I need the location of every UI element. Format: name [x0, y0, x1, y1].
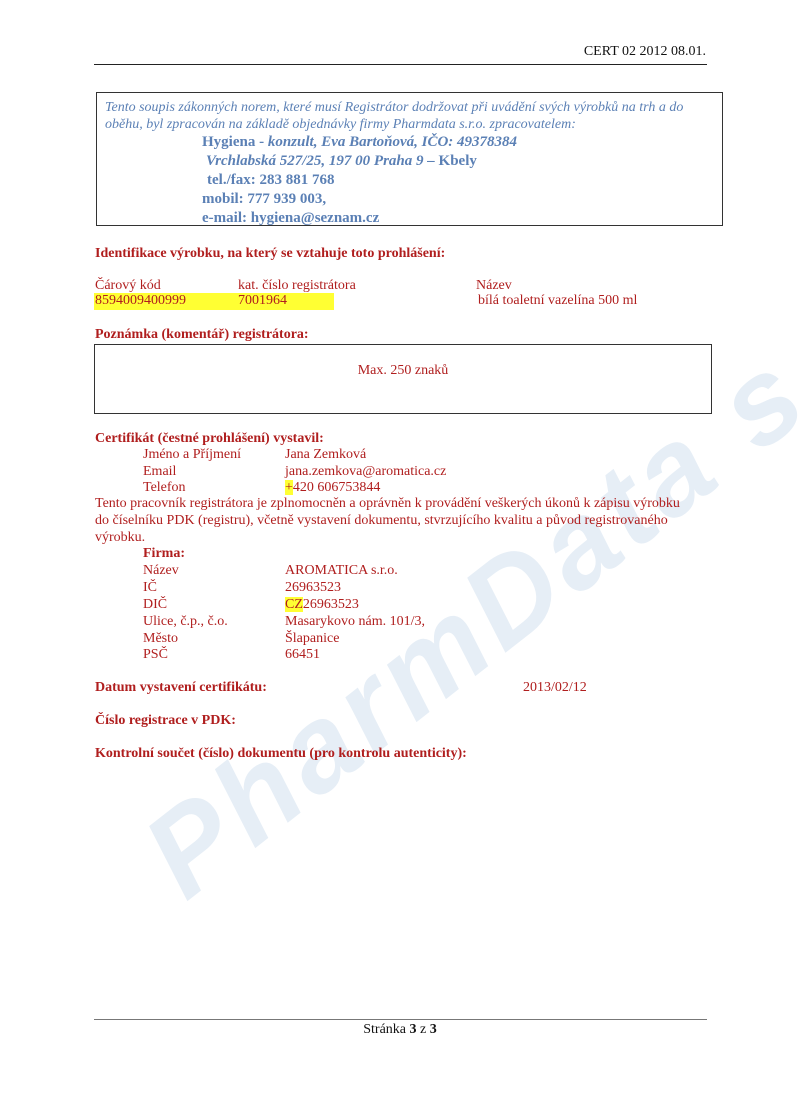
firm-name-label: Název — [143, 563, 179, 579]
authorization-text: Tento pracovník registrátora je zplnomoc… — [95, 495, 695, 546]
issuer-phone-label: Telefon — [143, 480, 186, 496]
firm-dic-value: CZ26963523 — [285, 597, 359, 613]
issuer-name-value: Jana Zemková — [285, 447, 366, 463]
issuer-email-value: jana.zemkova@aromatica.cz — [285, 464, 446, 480]
processor-address: Vrchlabská 527/25, 197 00 Praha 9 – — [206, 153, 439, 169]
processor-phone: tel./fax: 283 881 768 — [202, 171, 517, 190]
issuer-heading: Certifikát (čestné prohlášení) vystavil: — [95, 431, 324, 447]
col-catalog-label: kat. číslo registrátora — [238, 278, 356, 294]
date-value: 2013/02/12 — [523, 680, 587, 696]
issuer-email-label: Email — [143, 464, 176, 480]
document-code: CERT 02 2012 08.01. — [584, 44, 706, 60]
page-number: Stránka 3 z 3 — [0, 1022, 800, 1038]
processor-email: e-mail: hygiena@seznam.cz — [202, 209, 517, 228]
issuer-phone-value: +420 606753844 — [285, 480, 380, 496]
firm-dic-label: DIČ — [143, 597, 167, 613]
watermark-text: PharmData s.r.o. — [118, 174, 800, 925]
processor-district: Kbely — [439, 153, 477, 169]
firm-zip-value: 66451 — [285, 647, 320, 663]
processor-contact: Hygiena - konzult, Eva Bartoňová, IČO: 4… — [202, 133, 517, 228]
info-intro: Tento soupis zákonných norem, které musí… — [105, 99, 715, 133]
header-divider — [94, 64, 707, 65]
firm-ic-value: 26963523 — [285, 580, 341, 596]
note-placeholder: Max. 250 znaků — [95, 363, 711, 379]
firm-city-label: Město — [143, 631, 178, 647]
firm-zip-label: PSČ — [143, 647, 168, 663]
col-barcode-label: Čárový kód — [95, 278, 161, 294]
note-field[interactable]: Max. 250 znaků — [94, 344, 712, 414]
product-name-value: bílá toaletní vazelína 500 ml — [478, 293, 637, 309]
processor-detail: konzult, Eva Bartoňová, IČO: 49378384 — [268, 134, 517, 150]
firm-heading: Firma: — [143, 546, 185, 562]
firm-city-value: Šlapanice — [285, 631, 339, 647]
firm-street-value: Masarykovo nám. 101/3, — [285, 614, 425, 630]
issuer-name-label: Jméno a Příjmení — [143, 447, 241, 463]
firm-ic-label: IČ — [143, 580, 157, 596]
product-heading: Identifikace výrobku, na který se vztahu… — [95, 246, 445, 262]
registration-label: Číslo registrace v PDK: — [95, 713, 236, 729]
catalog-number-value: 7001964 — [238, 293, 287, 309]
barcode-value: 8594009400999 — [95, 293, 186, 309]
footer-divider — [94, 1019, 707, 1020]
checksum-label: Kontrolní součet (číslo) dokumentu (pro … — [95, 746, 467, 762]
processor-name: Hygiena - — [202, 134, 268, 150]
firm-street-label: Ulice, č.p., č.o. — [143, 614, 228, 630]
note-heading: Poznámka (komentář) registrátora: — [95, 327, 309, 343]
date-label: Datum vystavení certifikátu: — [95, 680, 267, 696]
firm-name-value: AROMATICA s.r.o. — [285, 563, 398, 579]
processor-mobile: mobil: 777 939 003, — [202, 190, 517, 209]
processor-info-box: Tento soupis zákonných norem, které musí… — [96, 92, 723, 226]
col-name-label: Název — [476, 278, 512, 294]
